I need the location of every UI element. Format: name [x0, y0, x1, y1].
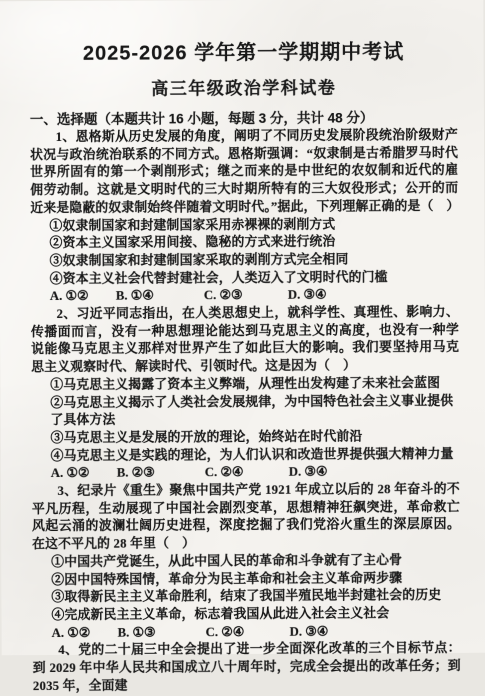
question-1-option-3: ③奴隶制国家和封建制国家采取的剥削方式完全相同: [31, 251, 459, 271]
question-3: 3、纪录片《重生》聚焦中国共产党 1921 年成立以后的 28 年奋斗的不平凡历…: [32, 481, 461, 643]
question-1-option-2: ②资本主义国家采用间接、隐秘的方式来进行统治: [31, 233, 459, 253]
question-1-intro: 1、恩格斯从历史发展的角度，阐明了不同历史发展阶段统治阶级财产状况与政治统治联系…: [30, 127, 458, 218]
question-1-option-4: ④资本主义社会代替封建社会，人类迈入了文明时代的门槛: [31, 268, 459, 288]
question-3-choice-c: C. ②④: [206, 623, 290, 641]
question-2-options: ①马克思主义揭露了资本主义弊端，从理性出发构建了未来社会蓝图 ②马克思主义揭示了…: [31, 375, 459, 466]
exam-subtitle: 高三年级政治学科试卷: [30, 77, 458, 101]
question-3-options: ①中国共产党诞生，从此中国人民的革命和斗争就有了主心骨 ②因中国特殊国情，革命分…: [32, 552, 460, 625]
question-2-choice-c: C. ②④: [205, 464, 289, 482]
question-1-answer-choices: A. ①②B. ①④C. ②③D. ③④: [31, 286, 459, 306]
question-2-choice-d: D. ③④: [289, 464, 328, 482]
question-3-intro: 3、纪录片《重生》聚焦中国共产党 1921 年成立以后的 28 年奋斗的不平凡历…: [32, 481, 460, 554]
question-2-option-1: ①马克思主义揭露了资本主义弊端，从理性出发构建了未来社会蓝图: [31, 375, 459, 395]
exam-title: 2025-2026 学年第一学期期中考试: [30, 39, 458, 67]
question-2-option-3: ③马克思主义是发展的开放的理论，始终站在时代前沿: [32, 428, 460, 448]
question-4: 4、党的二十届三中全会提出了进一步全面深化改革的三个目标节点：到 2029 年中…: [33, 640, 461, 654]
question-3-option-3: ③取得新民主主义革命胜利，结束了我国半殖民地半封建社会的历史: [32, 587, 460, 607]
question-3-choice-b: B. ①③: [118, 624, 206, 642]
question-1-choice-d: D. ③④: [288, 287, 327, 305]
section-heading-multiple-choice: 一、选择题（本题共计 16 小题，每题 3 分，共计 48 分）: [12, 109, 458, 129]
question-3-option-4: ④完成新民主主义革命，标志着我国从此进入社会主义社会: [32, 605, 460, 625]
question-1-options: ①奴隶制国家和封建制国家采用赤裸裸的剥削方式 ②资本主义国家采用间接、隐秘的方式…: [30, 215, 458, 288]
question-1-choice-a: A. ①②: [50, 288, 116, 306]
question-3-option-1: ①中国共产党诞生，从此中国人民的革命和斗争就有了主心骨: [32, 552, 460, 572]
question-1-option-1: ①奴隶制国家和封建制国家采用赤裸裸的剥削方式: [30, 215, 458, 235]
question-2: 2、习近平同志指出，在人类思想史上，就科学性、真理性、影响力、传播面而言，没有一…: [31, 304, 460, 483]
question-2-option-2: ②马克思主义揭示了人类社会发展规律，为中国特色社会主义事业提供了具体方法: [31, 392, 459, 430]
scanned-exam-paper: 2025-2026 学年第一学期期中考试 高三年级政治学科试卷 一、选择题（本题…: [0, 0, 485, 654]
question-1-choice-b: B. ①④: [116, 288, 204, 306]
question-4-intro: 4、党的二十届三中全会提出了进一步全面深化改革的三个目标节点：到 2029 年中…: [33, 640, 461, 654]
question-3-answer-choices: A. ①②B. ①③C. ②④D. ③④: [33, 623, 461, 643]
question-3-choice-d: D. ③④: [290, 623, 329, 641]
question-3-option-2: ②因中国特殊国情，革命分为民主革命和社会主义革命两步骤: [32, 569, 460, 589]
question-2-answer-choices: A. ①②B. ②③C. ②④D. ③④: [32, 463, 460, 483]
question-2-choice-a: A. ①②: [51, 465, 117, 483]
question-2-option-4: ④马克思主义是实践的理论，为人们认识和改造世界提供强大精神力量: [32, 446, 460, 466]
question-3-choice-a: A. ①②: [52, 624, 118, 642]
question-1-choice-c: C. ②③: [204, 287, 288, 305]
question-1: 1、恩格斯从历史发展的角度，阐明了不同历史发展阶段统治阶级财产状况与政治统治联系…: [30, 127, 459, 306]
question-2-choice-b: B. ②③: [117, 465, 205, 483]
question-2-intro: 2、习近平同志指出，在人类思想史上，就科学性、真理性、影响力、传播面而言，没有一…: [31, 304, 459, 377]
